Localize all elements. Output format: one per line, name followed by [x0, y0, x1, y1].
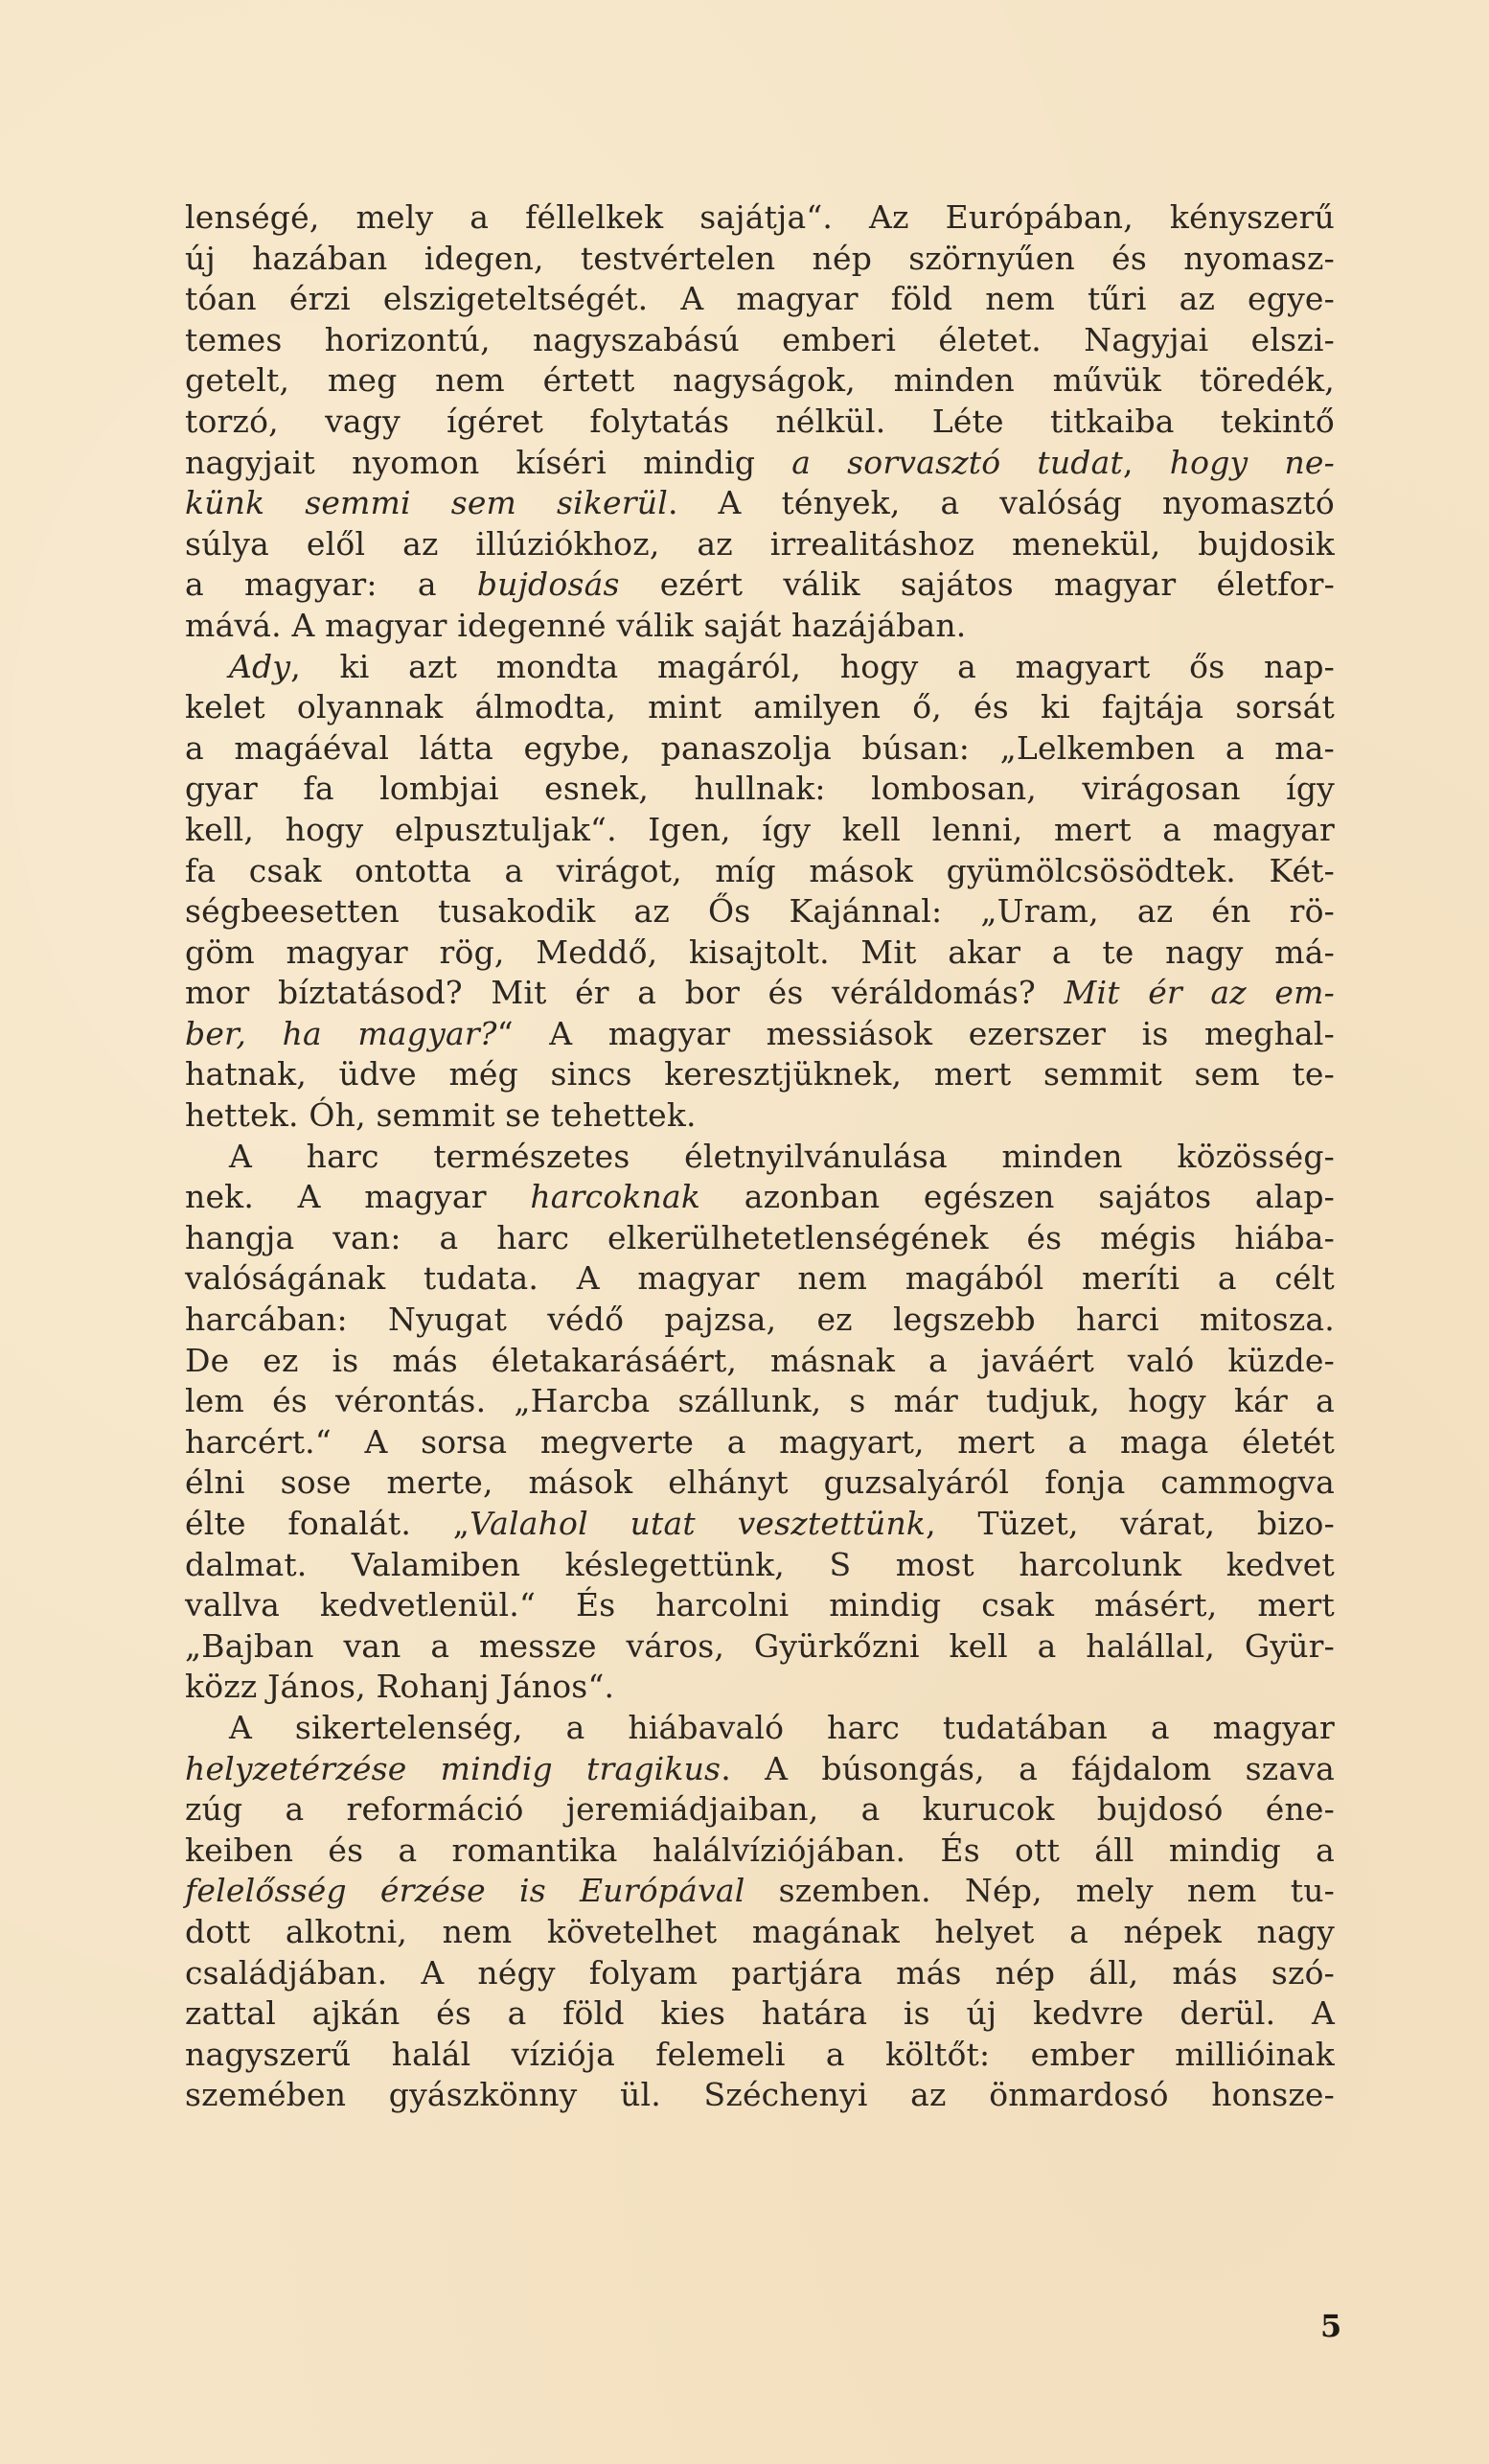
text-run: , ki azt mondta magáról, hogy a magyart … [290, 648, 1335, 685]
text-run: nagyjait nyomon kíséri mindig [185, 444, 791, 481]
text-run: vallva kedvetlenül.“ És harcolni mindig … [185, 1586, 1335, 1623]
text-line: hatnak, üdve még sincs keresztjüknek, me… [185, 1054, 1335, 1095]
text-line: lenségé, mely a féllelkek sajátja“. Az E… [185, 197, 1335, 239]
italic-emphasis: Valahol utat vesztettünk [470, 1505, 926, 1542]
text-run: élte fonalát. „ [185, 1505, 470, 1542]
text-line: göm magyar rög, Meddő, kisajtolt. Mit ak… [185, 933, 1335, 974]
text-run: göm magyar rög, Meddő, kisajtolt. Mit ak… [185, 933, 1335, 971]
text-run: . A tények, a valóság nyomasztó [668, 484, 1335, 521]
text-line: harcában: Nyugat védő pajzsa, ez legszeb… [185, 1300, 1335, 1341]
text-run: , Tüzet, várat, bizo- [926, 1505, 1335, 1542]
text-run: valóságának tudata. A magyar nem magából… [185, 1259, 1335, 1297]
text-run: ségbeesetten tusakodik az Ős Kajánnal: „… [185, 892, 1335, 930]
text-run: “ A magyar messiások ezerszer is meghal- [497, 1015, 1335, 1052]
text-run: mává. A magyar idegenné válik saját hazá… [185, 607, 966, 644]
text-run: nagyszerű halál víziója felemeli a költő… [185, 2036, 1335, 2073]
text-run: , [1123, 444, 1170, 481]
text-line: fa csak ontotta a virágot, míg mások gyü… [185, 851, 1335, 892]
text-line: zattal ajkán és a föld kies határa is új… [185, 1993, 1335, 2035]
text-run: fa csak ontotta a virágot, míg mások gyü… [185, 852, 1335, 889]
text-run: zúg a reformáció jeremiádjaiban, a kuruc… [185, 1790, 1335, 1828]
text-line: dalmat. Valamiben késlegettünk, S most h… [185, 1545, 1335, 1586]
text-line: a magyar: a bujdosás ezért válik sajátos… [185, 564, 1335, 606]
text-line: tóan érzi elszigeteltségét. A magyar föl… [185, 279, 1335, 320]
paragraph-first-line: A sikertelenség, a hiábavaló harc tudatá… [185, 1708, 1335, 1749]
text-run: „Bajban van a messze város, Gyürkőzni ke… [185, 1627, 1335, 1665]
text-run: A sikertelenség, a hiábavaló harc tudatá… [229, 1709, 1335, 1746]
text-run: harcért.“ A sorsa megverte a magyart, me… [185, 1423, 1335, 1461]
text-line: új hazában idegen, testvértelen nép ször… [185, 239, 1335, 280]
text-line: lem és vérontás. „Harcba szállunk, s már… [185, 1381, 1335, 1422]
text-line: torzó, vagy ígéret folytatás nélkül. Lét… [185, 402, 1335, 443]
text-line: mor bíztatásod? Mit ér a bor és véráldom… [185, 973, 1335, 1014]
text-run: szemben. Nép, mely nem tu- [744, 1872, 1335, 1909]
text-run: mor bíztatásod? Mit ér a bor és véráldom… [185, 974, 1064, 1011]
text-line: szemében gyászkönny ül. Széchenyi az önm… [185, 2075, 1335, 2116]
text-run: lenségé, mely a féllelkek sajátja“. Az E… [185, 198, 1335, 236]
text-line: valóságának tudata. A magyar nem magából… [185, 1258, 1335, 1300]
text-run: súlya elől az illúziókhoz, az irrealitás… [185, 525, 1335, 563]
text-line: gyar fa lombjai esnek, hullnak: lombosan… [185, 769, 1335, 810]
page-body: lenségé, mely a féllelkek sajátja“. Az E… [185, 197, 1335, 2116]
text-line: kell, hogy elpusztuljak“. Igen, így kell… [185, 810, 1335, 851]
text-run: hangja van: a harc elkerülhetetlenségéne… [185, 1219, 1335, 1256]
text-run: zattal ajkán és a föld kies határa is új… [185, 1994, 1335, 2032]
text-line: „Bajban van a messze város, Gyürkőzni ke… [185, 1626, 1335, 1668]
text-line: künk semmi sem sikerül. A tények, a való… [185, 483, 1335, 524]
text-line: ber, ha magyar?“ A magyar messiások ezer… [185, 1014, 1335, 1055]
text-line: családjában. A négy folyam partjára más … [185, 1953, 1335, 1994]
text-line: a magáéval látta egybe, panaszolja búsan… [185, 728, 1335, 770]
text-line: súlya elől az illúziókhoz, az irrealitás… [185, 524, 1335, 565]
italic-emphasis: felelősség érzése is Európával [185, 1872, 744, 1909]
text-run: getelt, meg nem értett nagyságok, minden… [185, 361, 1335, 399]
text-run: hatnak, üdve még sincs keresztjüknek, me… [185, 1055, 1335, 1093]
text-run: dalmat. Valamiben késlegettünk, S most h… [185, 1546, 1335, 1583]
text-line: élni sose merte, mások elhányt guzsalyár… [185, 1462, 1335, 1504]
text-run: A harc természetes életnyilvánulása mind… [229, 1138, 1335, 1175]
text-line: harcért.“ A sorsa megverte a magyart, me… [185, 1422, 1335, 1463]
text-line: De ez is más életakarásáért, másnak a ja… [185, 1341, 1335, 1382]
text-run: a magáéval látta egybe, panaszolja búsan… [185, 729, 1335, 767]
text-line: zúg a reformáció jeremiádjaiban, a kuruc… [185, 1789, 1335, 1831]
text-run: lem és vérontás. „Harcba szállunk, s már… [185, 1382, 1335, 1419]
text-line: helyzetérzése mindig tragikus. A búsongá… [185, 1749, 1335, 1790]
text-run: . A búsongás, a fájdalom szava [721, 1750, 1335, 1787]
text-run: családjában. A négy folyam partjára más … [185, 1954, 1335, 1992]
italic-emphasis: harcoknak [530, 1178, 700, 1215]
text-line: nek. A magyar harcoknak azonban egészen … [185, 1177, 1335, 1218]
text-run: temes horizontú, nagyszabású emberi élet… [185, 321, 1335, 358]
text-run: keiben és a romantika halálvíziójában. É… [185, 1831, 1335, 1869]
text-line: dott alkotni, nem követelhet magának hel… [185, 1912, 1335, 1953]
text-run: új hazában idegen, testvértelen nép ször… [185, 240, 1335, 277]
text-line: nagyjait nyomon kíséri mindig a sorvaszt… [185, 443, 1335, 484]
italic-emphasis: Mit ér az em- [1064, 974, 1335, 1011]
text-line: felelősség érzése is Európával szemben. … [185, 1871, 1335, 1912]
text-run: dott alkotni, nem követelhet magának hel… [185, 1913, 1335, 1950]
text-line: ségbeesetten tusakodik az Ős Kajánnal: „… [185, 891, 1335, 933]
text-run: nek. A magyar [185, 1178, 530, 1215]
text-line: temes horizontú, nagyszabású emberi élet… [185, 320, 1335, 361]
text-run: kell, hogy elpusztuljak“. Igen, így kell… [185, 811, 1335, 848]
text-line: hangja van: a harc elkerülhetetlenségéne… [185, 1218, 1335, 1259]
text-run: gyar fa lombjai esnek, hullnak: lombosan… [185, 770, 1335, 807]
italic-emphasis: helyzetérzése mindig tragikus [185, 1750, 721, 1787]
text-run: a magyar: a [185, 565, 477, 603]
text-run: hettek. Óh, semmit se tehettek. [185, 1096, 697, 1134]
text-line: getelt, meg nem értett nagyságok, minden… [185, 360, 1335, 402]
page-number: 5 [1320, 2308, 1341, 2344]
paragraph-first-line: A harc természetes életnyilvánulása mind… [185, 1137, 1335, 1178]
italic-emphasis: ber, ha magyar? [185, 1015, 497, 1052]
text-line: élte fonalát. „Valahol utat vesztettünk,… [185, 1504, 1335, 1545]
text-line: közz János, Rohanj János“. [185, 1667, 1335, 1708]
text-run: ezért válik sajátos magyar életfor- [620, 565, 1335, 603]
italic-emphasis: künk semmi sem sikerül [185, 484, 668, 521]
text-run: harcában: Nyugat védő pajzsa, ez legszeb… [185, 1301, 1335, 1338]
text-line: hettek. Óh, semmit se tehettek. [185, 1095, 1335, 1137]
text-run: torzó, vagy ígéret folytatás nélkül. Lét… [185, 403, 1335, 440]
text-line: keiben és a romantika halálvíziójában. É… [185, 1831, 1335, 1872]
text-line: vallva kedvetlenül.“ És harcolni mindig … [185, 1585, 1335, 1626]
text-run: közz János, Rohanj János“. [185, 1668, 614, 1705]
text-line: kelet olyannak álmodta, mint amilyen ő, … [185, 687, 1335, 728]
text-line: mává. A magyar idegenné válik saját hazá… [185, 606, 1335, 647]
italic-emphasis: Ady [229, 648, 290, 685]
italic-emphasis: bujdosás [477, 565, 620, 603]
italic-emphasis: hogy ne- [1170, 444, 1335, 481]
paragraph-first-line: Ady, ki azt mondta magáról, hogy a magya… [185, 647, 1335, 688]
text-run: tóan érzi elszigeteltségét. A magyar föl… [185, 280, 1335, 317]
text-run: élni sose merte, mások elhányt guzsalyár… [185, 1463, 1335, 1501]
text-line: nagyszerű halál víziója felemeli a költő… [185, 2035, 1335, 2076]
text-run: szemében gyászkönny ül. Széchenyi az önm… [185, 2076, 1335, 2113]
text-run: kelet olyannak álmodta, mint amilyen ő, … [185, 688, 1335, 725]
text-run: De ez is más életakarásáért, másnak a ja… [185, 1342, 1335, 1379]
italic-emphasis: a sorvasztó tudat [791, 444, 1123, 481]
text-run: azonban egészen sajátos alap- [700, 1178, 1335, 1215]
